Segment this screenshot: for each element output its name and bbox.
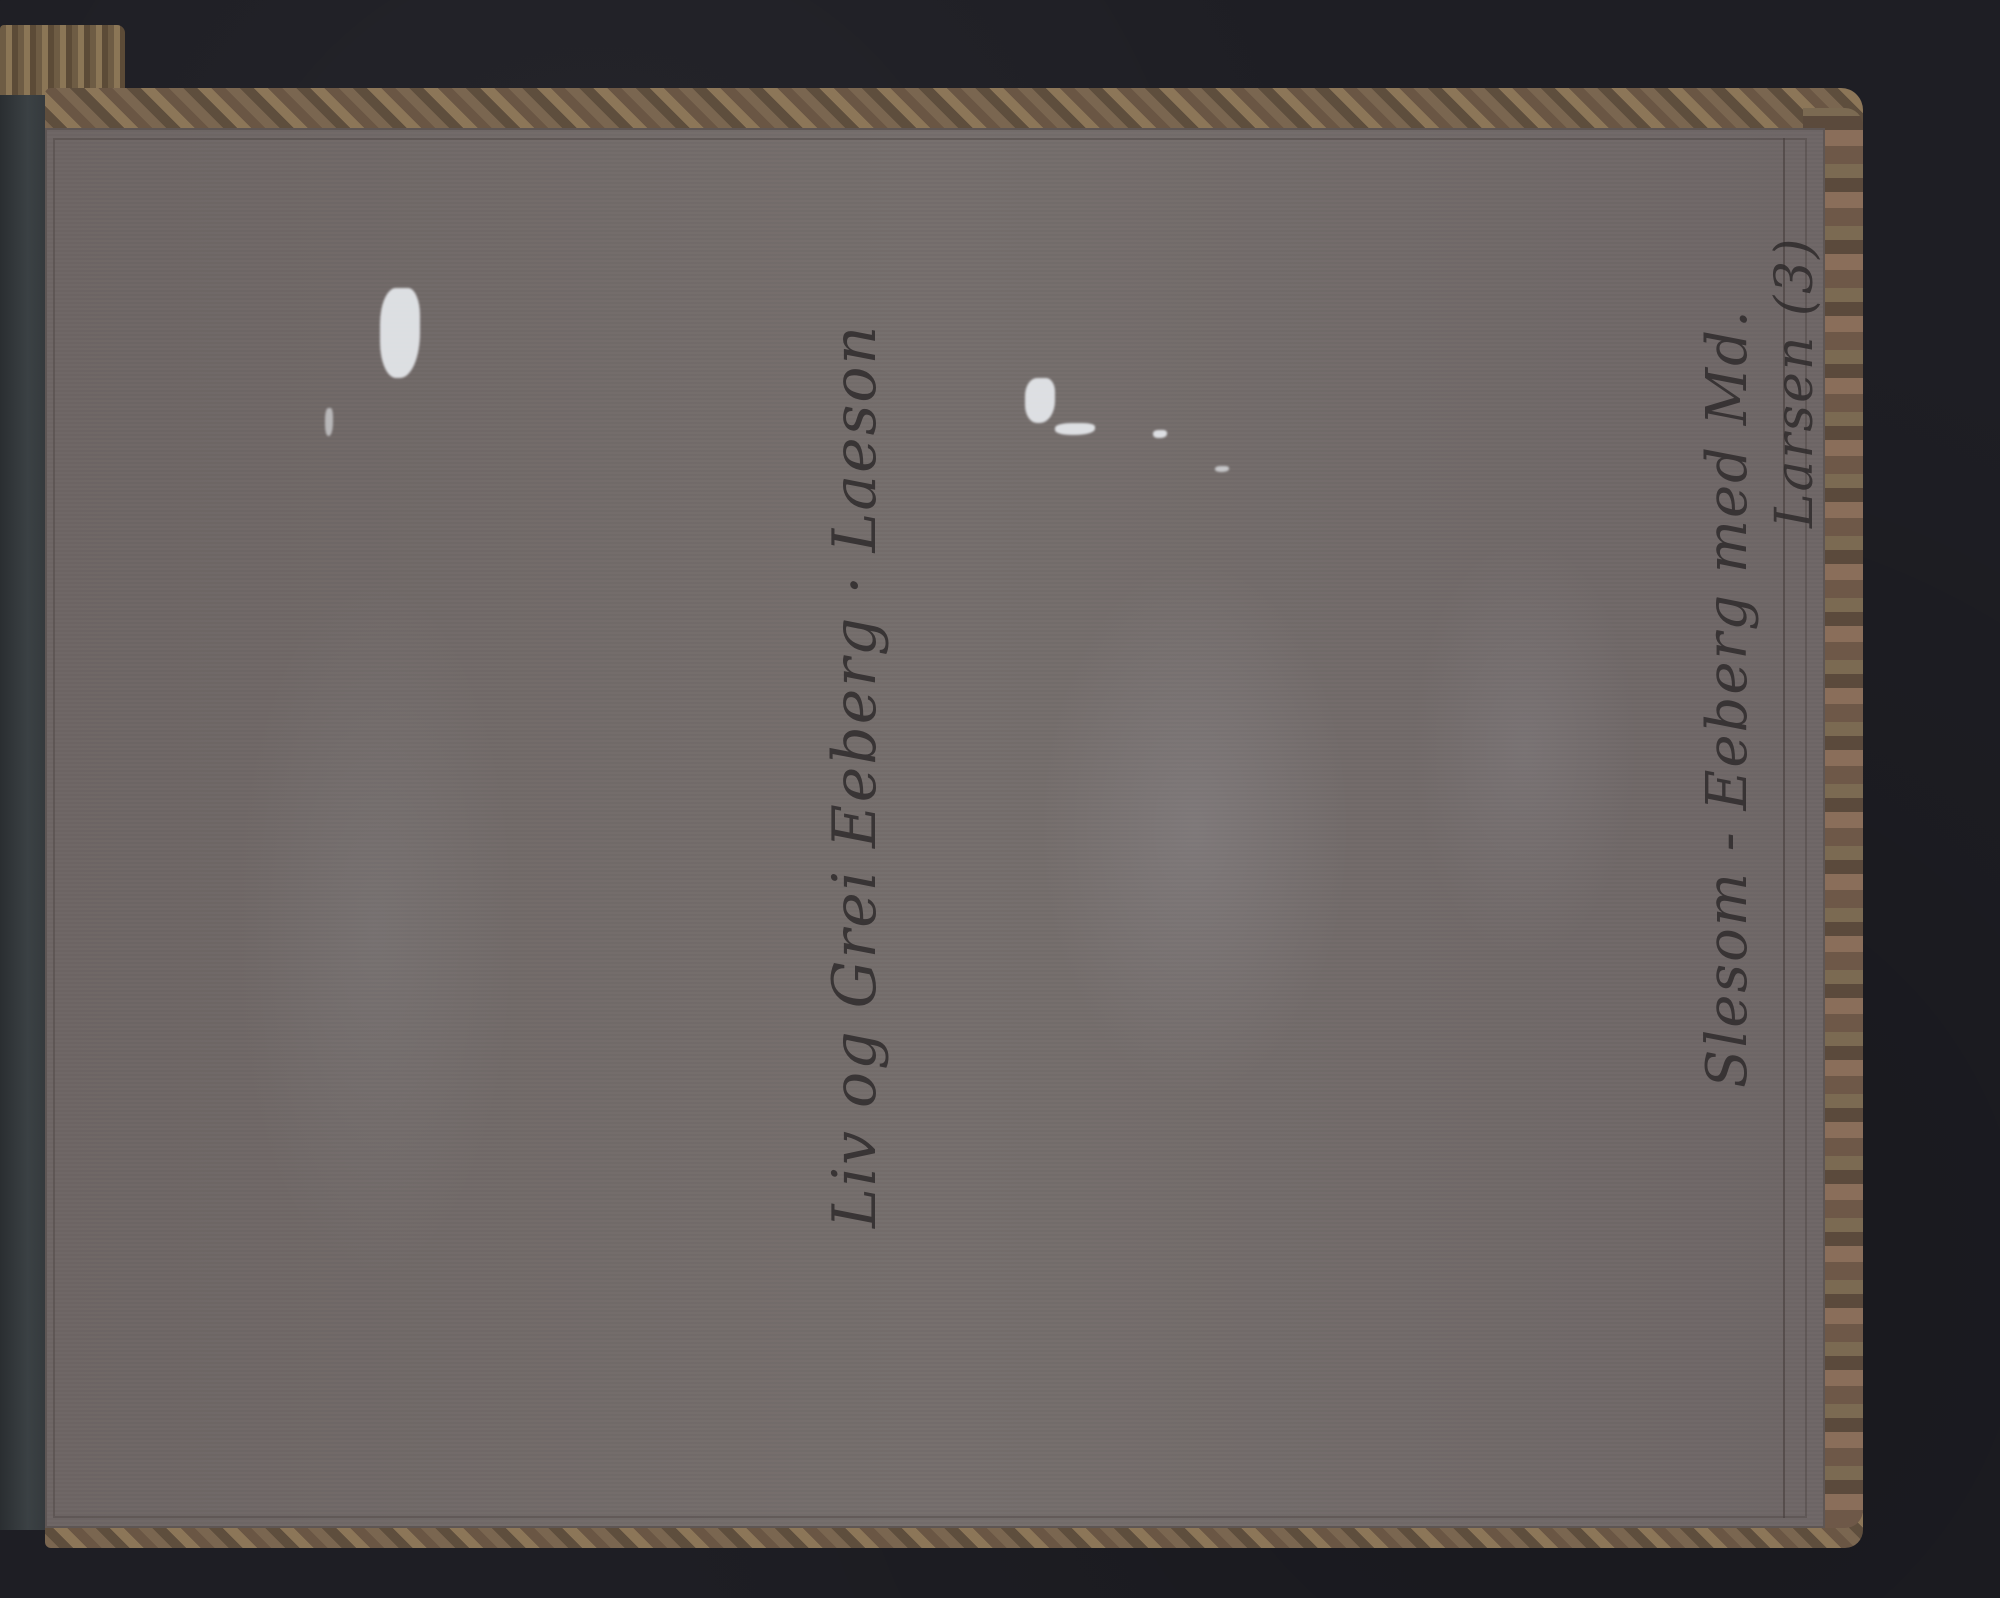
right-inscription-line1: Slesom - Eeberg med Md. [1695, 308, 1760, 1088]
center-inscription: Liv og Grei Eeberg · Laeson [820, 324, 890, 1228]
scuff-mark [1153, 430, 1167, 438]
scuff-mark [325, 408, 333, 436]
scuff-mark [1025, 378, 1055, 423]
spine-top-binding [0, 25, 125, 95]
scuff-mark [1215, 466, 1229, 472]
right-inscription-line2: Larsen (3) [1765, 236, 1825, 528]
book-cover: Liv og Grei Eeberg · Laeson Slesom - Eeb… [45, 128, 1825, 1528]
scuff-mark [380, 288, 420, 378]
scuff-mark [1055, 423, 1095, 435]
cover-inner-frame [53, 138, 1807, 1518]
